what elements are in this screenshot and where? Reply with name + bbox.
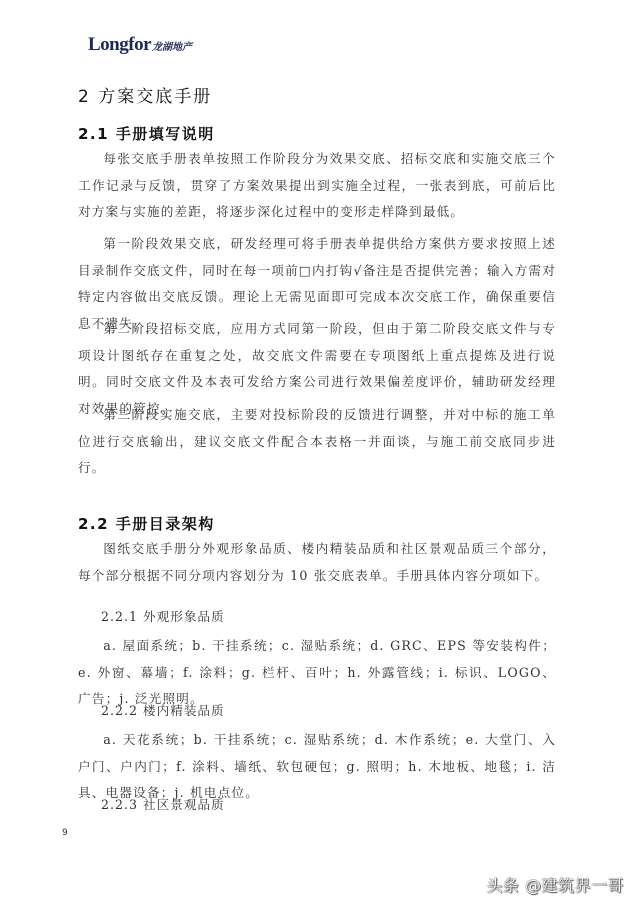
page-number: 9 — [62, 828, 68, 838]
section-title: 2 方案交底手册 — [78, 82, 212, 107]
logo-latin-text: Longfor — [88, 34, 151, 56]
item-title-2-2-2: 2.2.2 楼内精装品质 — [101, 700, 225, 719]
item-title-2-2-1: 2.2.1 外观形象品质 — [101, 606, 225, 625]
paragraph-stage-3: 第三阶段实施交底，主要对投标阶段的反馈进行调整，并对中标的施工单位进行交底输出，… — [78, 402, 556, 482]
logo-chinese-text: 龙湖地产 — [152, 38, 192, 53]
item-title-2-2-3: 2.2.3 社区景观品质 — [101, 794, 225, 813]
source-watermark: 头条 @建筑界一哥 — [486, 873, 624, 896]
paragraph-structure: 图纸交底手册分外观形象品质、楼内精装品质和社区景观品质三个部分，每个部分根据不同… — [78, 536, 556, 589]
longfor-logo: Longfor 龙湖地产 — [88, 34, 192, 56]
subsection-title-2-2: 2.2 手册目录架构 — [78, 513, 215, 534]
paragraph-intro: 每张交底手册表单按照工作阶段分为效果交底、招标交底和实施交底三个工作记录与反馈，… — [78, 146, 556, 226]
subsection-title-2-1: 2.1 手册填写说明 — [78, 123, 215, 144]
